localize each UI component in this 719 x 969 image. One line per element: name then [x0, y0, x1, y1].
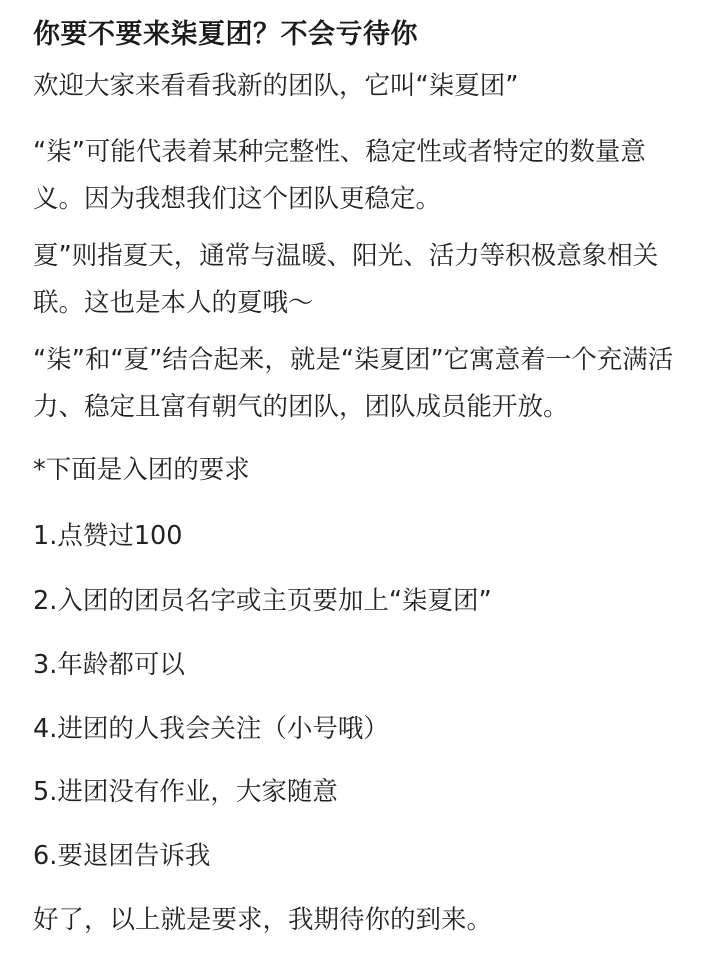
requirements-heading: *下面是入团的要求 — [33, 447, 693, 494]
requirement-item-4: 4.进团的人我会关注（小号哦） — [33, 706, 693, 753]
requirement-item-1: 1.点赞过100 — [33, 513, 693, 560]
paragraph-intro: 欢迎大家来看看我新的团队，它叫“柒夏团” — [33, 63, 693, 110]
requirement-item-5: 5.进团没有作业，大家随意 — [33, 769, 693, 816]
closing-paragraph: 好了，以上就是要求，我期待你的到来。 — [33, 897, 693, 944]
requirement-item-2: 2.入团的团员名字或主页要加上“柒夏团” — [33, 578, 693, 625]
article-title: 你要不要来柒夏团？不会亏待你 — [33, 12, 418, 51]
requirement-item-3: 3.年龄都可以 — [33, 642, 693, 689]
paragraph-qi-meaning: “柒”可能代表着某种完整性、稳定性或者特定的数量意义。因为我想我们这个团队更稳定… — [33, 129, 693, 223]
paragraph-xia-meaning: 夏”则指夏天，通常与温暖、阳光、活力等积极意象相关联。这也是本人的夏哦～ — [33, 233, 693, 327]
requirement-item-6: 6.要退团告诉我 — [33, 833, 693, 880]
paragraph-combined-meaning: “柒”和“夏”结合起来，就是“柒夏团”它寓意着一个充满活力、稳定且富有朝气的团队… — [33, 337, 693, 431]
